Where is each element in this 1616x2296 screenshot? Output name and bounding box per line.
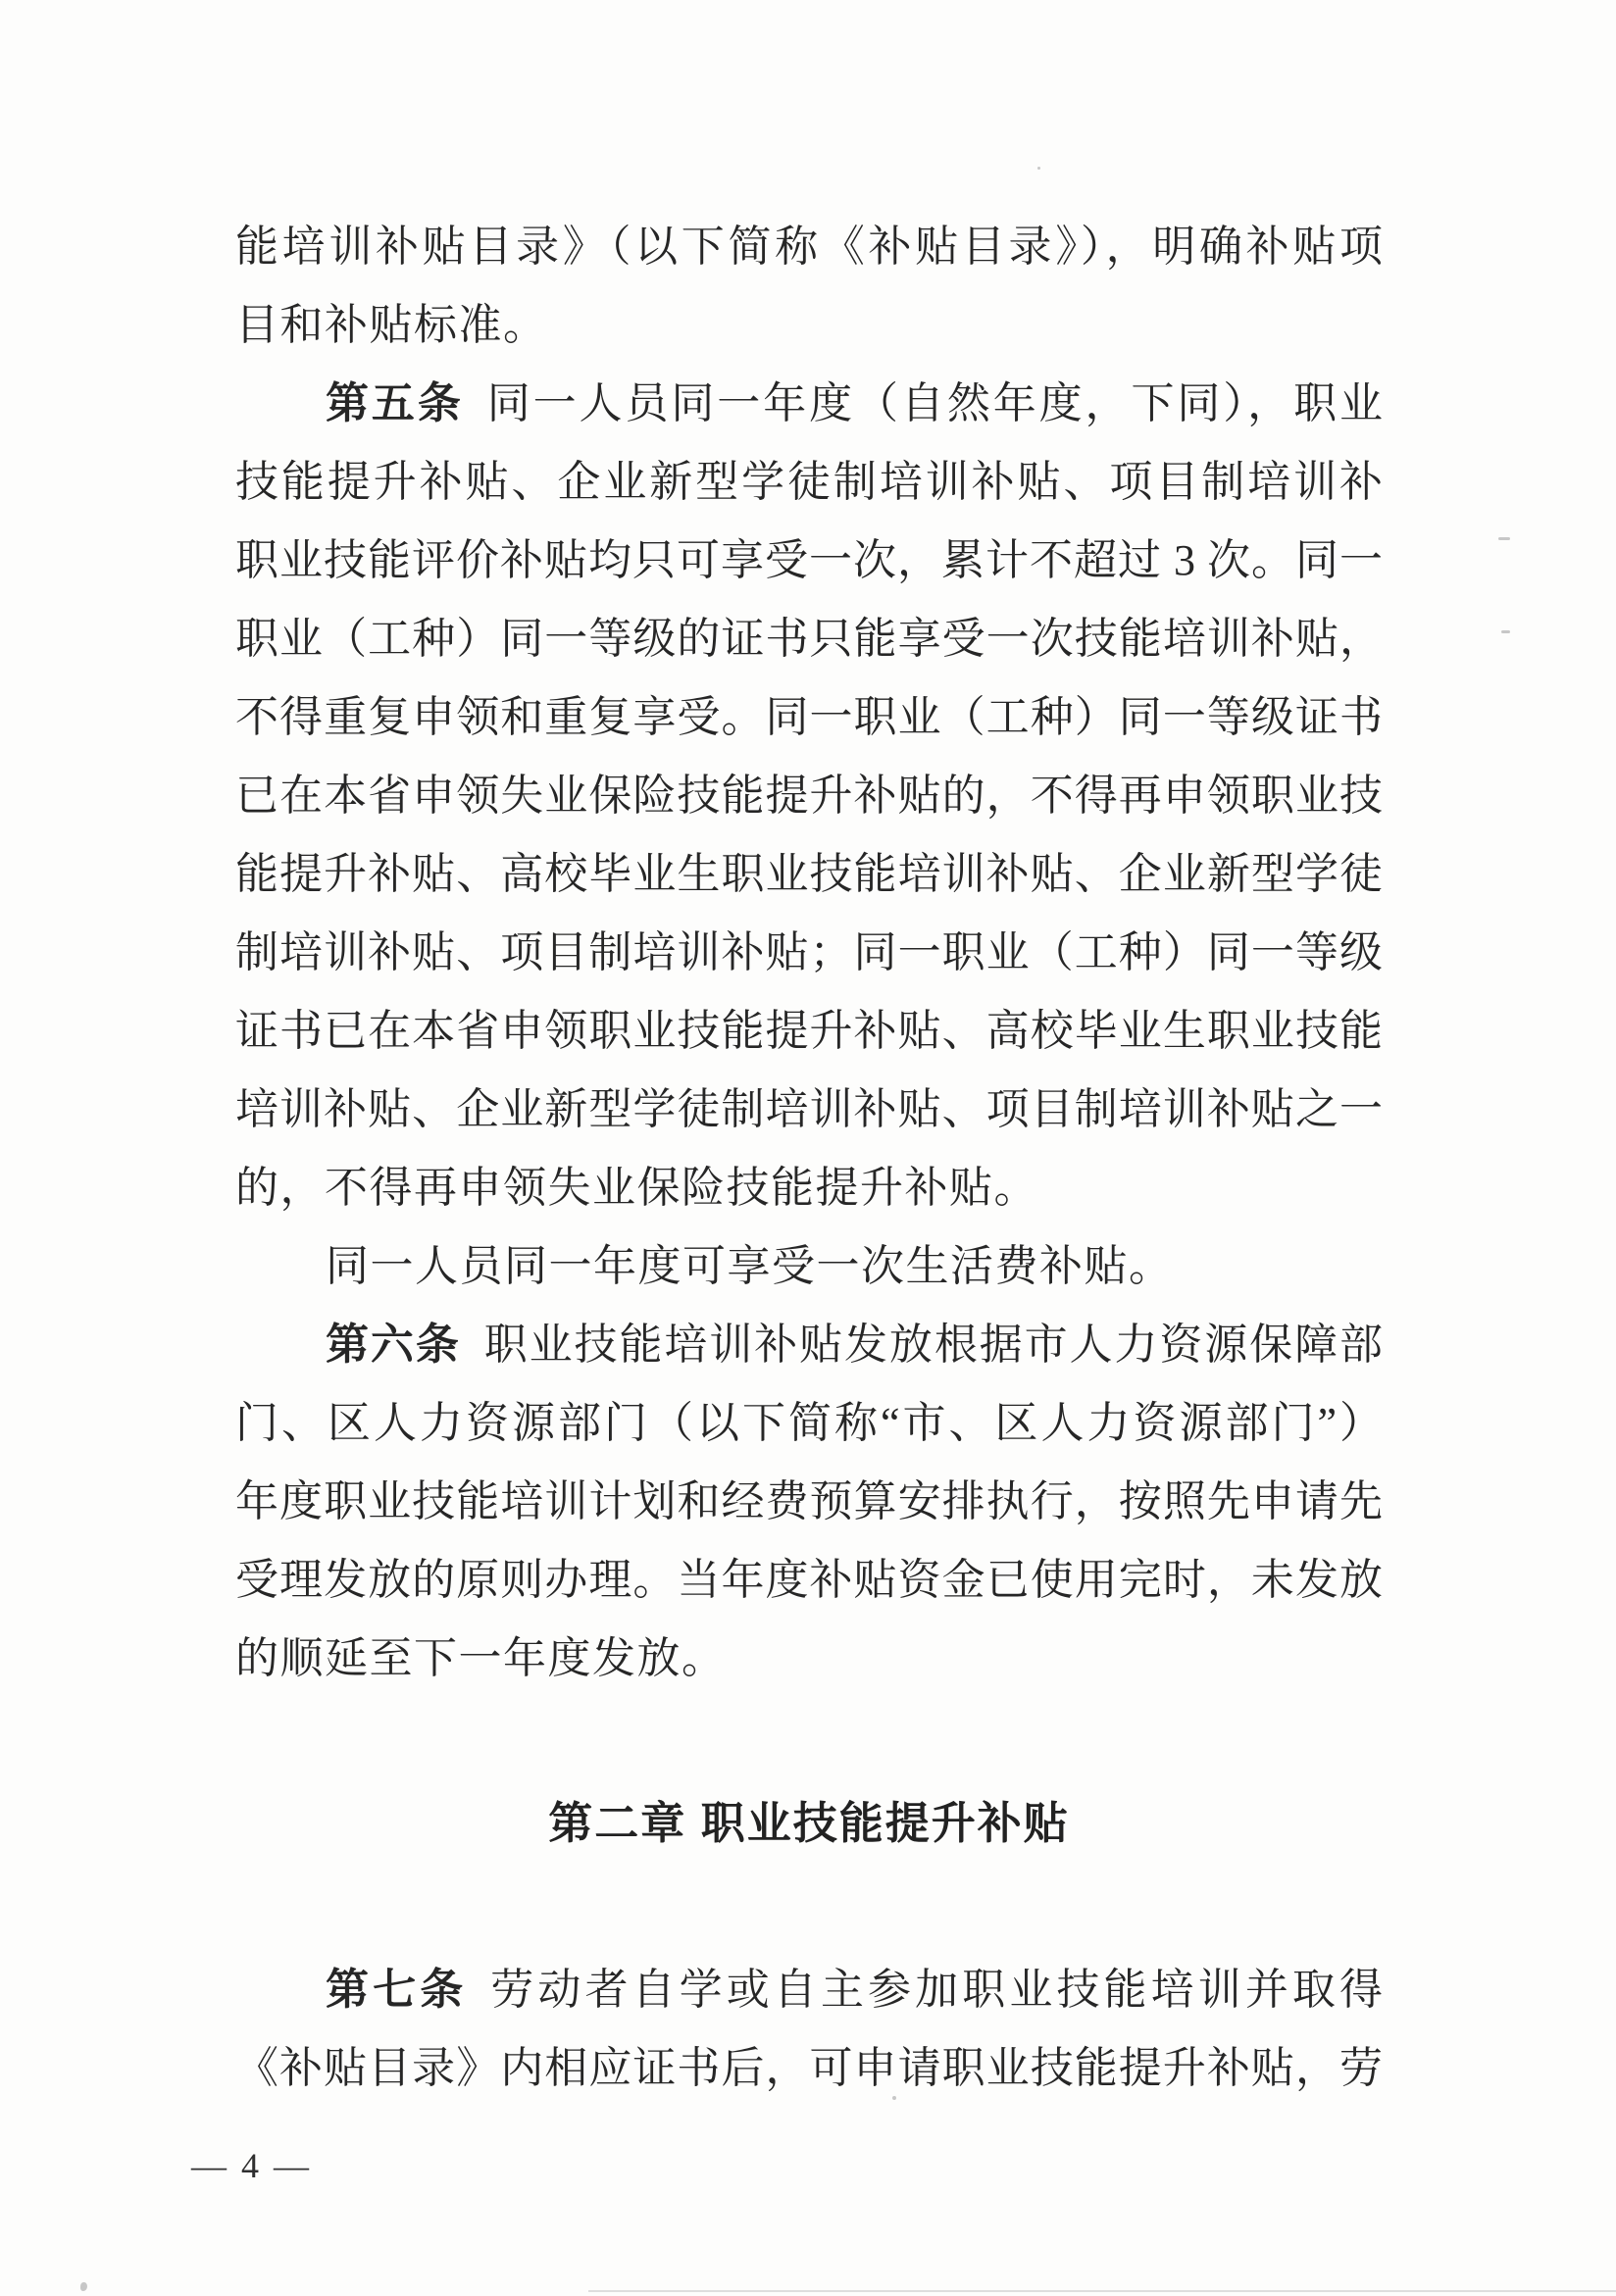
text-line: 门、区人力资源部门（以下简称“市、区人力资源部门”） <box>235 1384 1383 1463</box>
text-line: 制培训补贴、项目制培训补贴；同一职业（工种）同一等级 <box>235 914 1383 992</box>
line-text: 证书已在本省申领职业技能提升补贴、高校毕业生职业技能 <box>235 1007 1383 1055</box>
text-line: 能提升补贴、高校毕业生职业技能培训补贴、企业新型学徒 <box>235 835 1383 914</box>
article-number: 第六条 <box>326 1321 461 1369</box>
line-text: 年度职业技能培训计划和经费预算安排执行，按照先申请先 <box>235 1477 1383 1525</box>
text-line: 技能提升补贴、企业新型学徒制培训补贴、项目制培训补贴、 <box>235 443 1383 522</box>
line-text: 职业技能培训补贴发放根据市人力资源保障部 <box>484 1321 1383 1369</box>
line-text: 制培训补贴、项目制培训补贴；同一职业（工种）同一等级 <box>235 928 1383 976</box>
line-text: 已在本省申领失业保险技能提升补贴的，不得再申领职业技 <box>235 772 1383 820</box>
text-line: 年度职业技能培训计划和经费预算安排执行，按照先申请先 <box>235 1463 1383 1541</box>
line-text: 受理发放的原则办理。当年度补贴资金已使用完时，未发放 <box>235 1556 1383 1604</box>
line-text: 能培训补贴目录》（以下简称《补贴目录》），明确补贴项 <box>235 223 1383 271</box>
line-text: 技能提升补贴、企业新型学徒制培训补贴、项目制培训补贴、 <box>235 458 1383 522</box>
article-number: 第七条 <box>326 1966 467 2014</box>
text-line: 《补贴目录》内相应证书后，可申请职业技能提升补贴，劳 <box>235 2029 1383 2108</box>
text-line: 第七条劳动者自学或自主参加职业技能培训并取得 <box>235 1951 1383 2029</box>
scan-artifact <box>1498 537 1510 540</box>
text-line: 第六条职业技能培训补贴发放根据市人力资源保障部 <box>235 1306 1383 1384</box>
line-text: 职业（工种）同一等级的证书只能享受一次技能培训补贴， <box>235 615 1383 663</box>
scan-artifact <box>892 2096 896 2100</box>
chapter-heading: 第二章 职业技能提升补贴 <box>235 1784 1383 1863</box>
line-text: 不得重复申领和重复享受。同一职业（工种）同一等级证书 <box>235 693 1383 741</box>
text-line: 目和补贴标准。 <box>235 286 1383 365</box>
article-number: 第五条 <box>326 379 464 427</box>
article-seven-block: 第七条劳动者自学或自主参加职业技能培训并取得 《补贴目录》内相应证书后，可申请职… <box>235 1951 1383 2108</box>
page-number: — 4 — <box>191 2145 312 2186</box>
text-line: 受理发放的原则办理。当年度补贴资金已使用完时，未发放 <box>235 1541 1383 1620</box>
line-text: 能提升补贴、高校毕业生职业技能培训补贴、企业新型学徒 <box>235 850 1383 898</box>
text-line: 同一人员同一年度可享受一次生活费补贴。 <box>235 1227 1383 1306</box>
line-text: 同一人员同一年度（自然年度，下同），职业 <box>487 379 1383 427</box>
line-text: 职业技能评价补贴均只可享受一次，累计不超过 3 次。同一 <box>235 536 1383 584</box>
main-text-block: 能培训补贴目录》（以下简称《补贴目录》），明确补贴项 目和补贴标准。 第五条同一… <box>235 208 1383 1698</box>
line-text: 《补贴目录》内相应证书后，可申请职业技能提升补贴，劳 <box>235 2044 1383 2092</box>
text-line: 不得重复申领和重复享受。同一职业（工种）同一等级证书 <box>235 678 1383 757</box>
scan-artifact <box>1501 630 1510 633</box>
text-line: 证书已在本省申领职业技能提升补贴、高校毕业生职业技能 <box>235 992 1383 1071</box>
line-text: 的，不得再申领失业保险技能提升补贴。 <box>235 1164 1038 1212</box>
scan-artifact <box>80 2282 87 2291</box>
line-text: 劳动者自学或自主参加职业技能培训并取得 <box>490 1966 1383 2014</box>
text-line: 能培训补贴目录》（以下简称《补贴目录》），明确补贴项 <box>235 208 1383 286</box>
scan-edge-line <box>588 2290 1616 2292</box>
text-line: 的，不得再申领失业保险技能提升补贴。 <box>235 1149 1383 1227</box>
line-text: 的顺延至下一年度发放。 <box>235 1634 727 1682</box>
line-text: 门、区人力资源部门（以下简称“市、区人力资源部门”） <box>235 1399 1383 1447</box>
line-text: 培训补贴、企业新型学徒制培训补贴、项目制培训补贴之一 <box>235 1085 1383 1133</box>
scan-artifact <box>1037 167 1040 170</box>
text-line: 职业技能评价补贴均只可享受一次，累计不超过 3 次。同一 <box>235 522 1383 600</box>
scanned-document-page: { "doc": { "lines": [ { "bold": "", "tex… <box>0 0 1616 2296</box>
line-text: 目和补贴标准。 <box>235 301 548 349</box>
text-line: 第五条同一人员同一年度（自然年度，下同），职业 <box>235 365 1383 443</box>
text-line: 培训补贴、企业新型学徒制培训补贴、项目制培训补贴之一 <box>235 1071 1383 1149</box>
text-line: 的顺延至下一年度发放。 <box>235 1620 1383 1698</box>
text-line: 已在本省申领失业保险技能提升补贴的，不得再申领职业技 <box>235 757 1383 835</box>
text-line: 职业（工种）同一等级的证书只能享受一次技能培训补贴， <box>235 600 1383 678</box>
line-text: 同一人员同一年度可享受一次生活费补贴。 <box>326 1242 1174 1290</box>
